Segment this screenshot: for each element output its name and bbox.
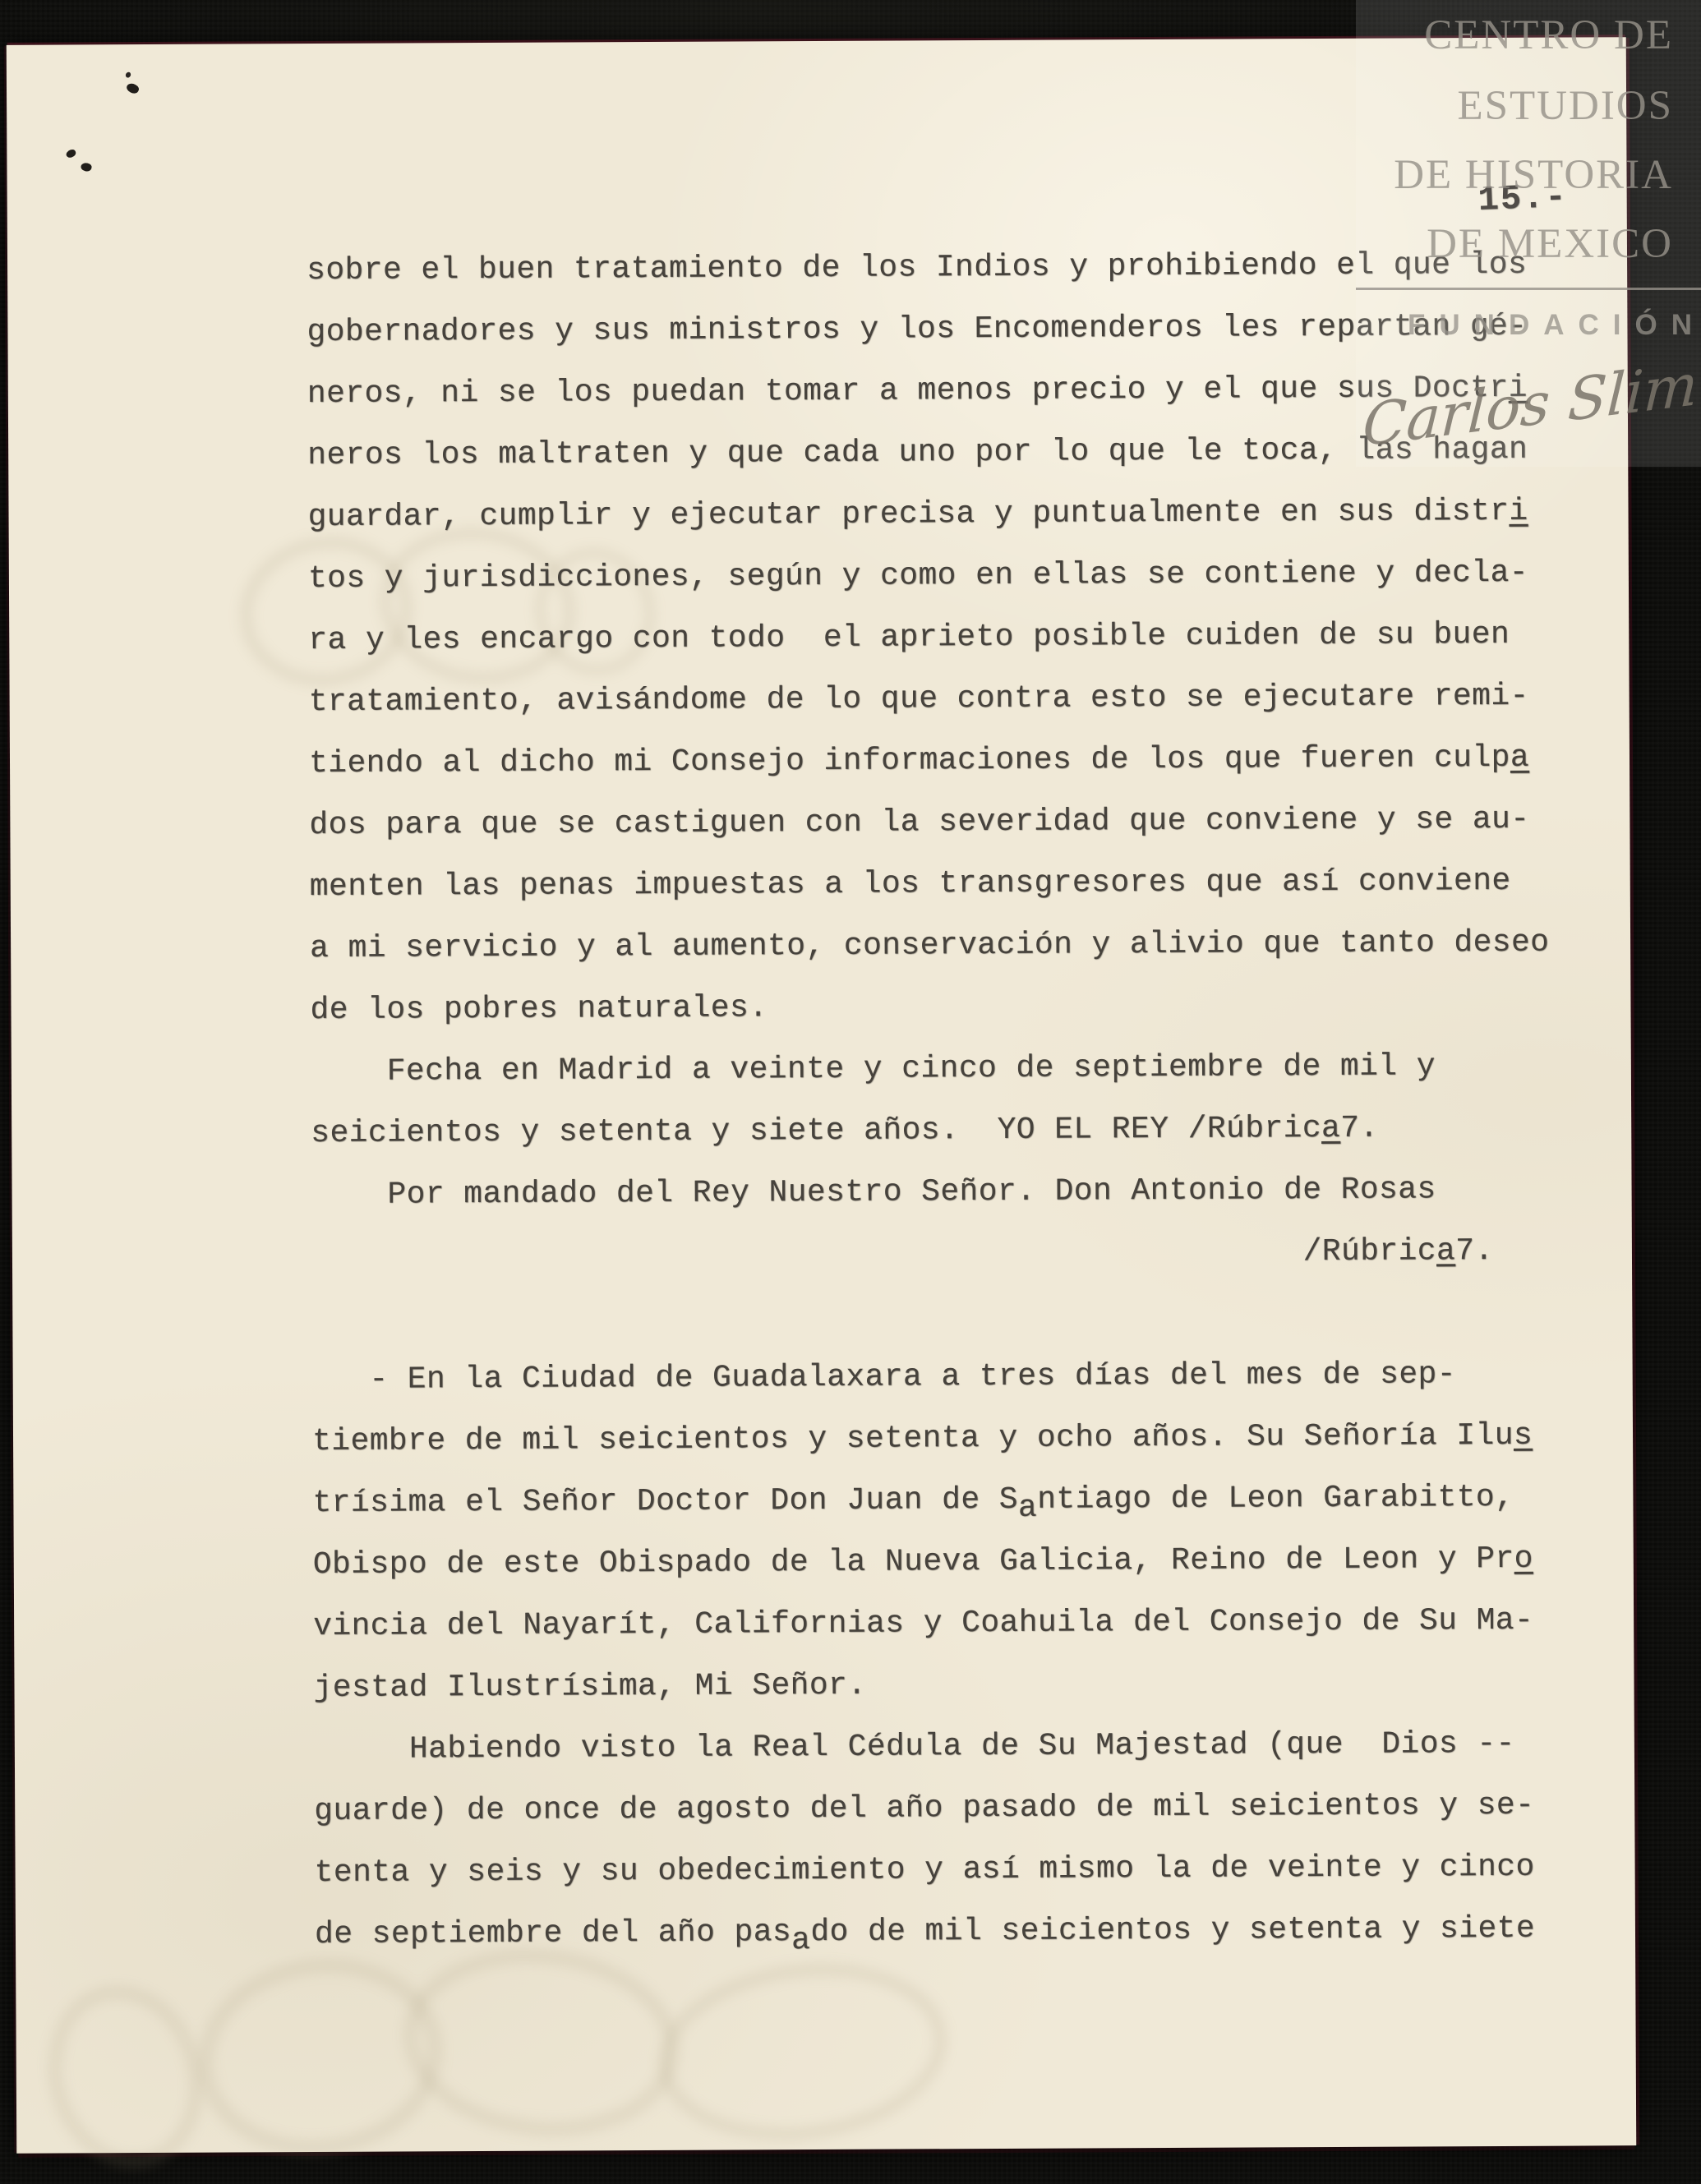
ink-speck <box>80 162 92 173</box>
page-number: 15.- <box>1477 177 1569 220</box>
typescript-line: Fecha en Madrid a veinte y cinco de sept… <box>311 1035 1576 1104</box>
typescript-line: dos para que se castiguen con la severid… <box>309 789 1574 857</box>
document-page: 15.- sobre el buen tratamiento de los In… <box>7 37 1637 2154</box>
typescript-line: de septiembre del año pasado de mil seic… <box>315 1897 1580 1965</box>
typescript-line <box>311 1282 1577 1350</box>
typescript-line: gobernadores y sus ministros y los Encom… <box>307 296 1572 364</box>
typescript-line: vincia del Nayarít, Californias y Coahui… <box>313 1590 1579 1658</box>
ink-speck <box>65 149 76 159</box>
typescript-line: tos y jurisdicciones, según y como en el… <box>308 542 1574 611</box>
typescript-line: tratamiento, avisándome de lo que contra… <box>308 666 1574 734</box>
ink-speck <box>125 81 140 95</box>
typescript-line: de los pobres naturales. <box>310 974 1575 1042</box>
typescript-line: neros, ni se los puedan tomar a menos pr… <box>307 357 1573 426</box>
typescript-line: Habiendo visto la Real Cédula de Su Maje… <box>314 1713 1579 1781</box>
typescript-line: ra y les encargo con todo el aprieto pos… <box>308 604 1574 672</box>
typescript-line: menten las penas impuestas a los transgr… <box>310 850 1575 919</box>
typescript-line: trísima el Señor Doctor Don Juan de Sant… <box>312 1467 1578 1535</box>
scan-background: 15.- sobre el buen tratamiento de los In… <box>0 0 1701 2184</box>
typescript-line: a mi servicio y al aumento, conservación… <box>310 912 1575 980</box>
typescript-line: neros los maltraten y que cada uno por l… <box>307 419 1573 487</box>
typescript-line: Por mandado del Rey Nuestro Señor. Don A… <box>311 1159 1576 1227</box>
typescript-line: seicientos y setenta y siete años. YO EL… <box>311 1097 1576 1165</box>
typescript-line: tiembre de mil seicientos y setenta y oc… <box>312 1405 1578 1473</box>
typescript-line: tenta y seis y su obedecimiento y así mi… <box>314 1836 1579 1905</box>
typescript-line: Obispo de este Obispado de la Nueva Gali… <box>313 1528 1579 1597</box>
scanned-document-viewer: { "page_number": "15.-", "watermark": { … <box>0 0 1701 2184</box>
typescript-line: guardar, cumplir y ejecutar precisa y pu… <box>307 481 1573 549</box>
typescript-line: - En la Ciudad de Guadalaxara a tres día… <box>312 1343 1578 1412</box>
typescript-line: guarde) de once de agosto del año pasado… <box>314 1775 1579 1843</box>
typescript-lines: sobre el buen tratamiento de los Indios … <box>307 234 1580 1966</box>
typescript-line: tiendo al dicho mi Consejo informaciones… <box>309 727 1574 795</box>
typescript-line: /Rúbrica7. <box>311 1220 1577 1288</box>
bleedthrough-ghost <box>48 1930 1052 2165</box>
typescript-line: sobre el buen tratamiento de los Indios … <box>307 234 1572 302</box>
typescript-line: jestad Ilustrísima, Mi Señor. <box>313 1652 1579 1720</box>
